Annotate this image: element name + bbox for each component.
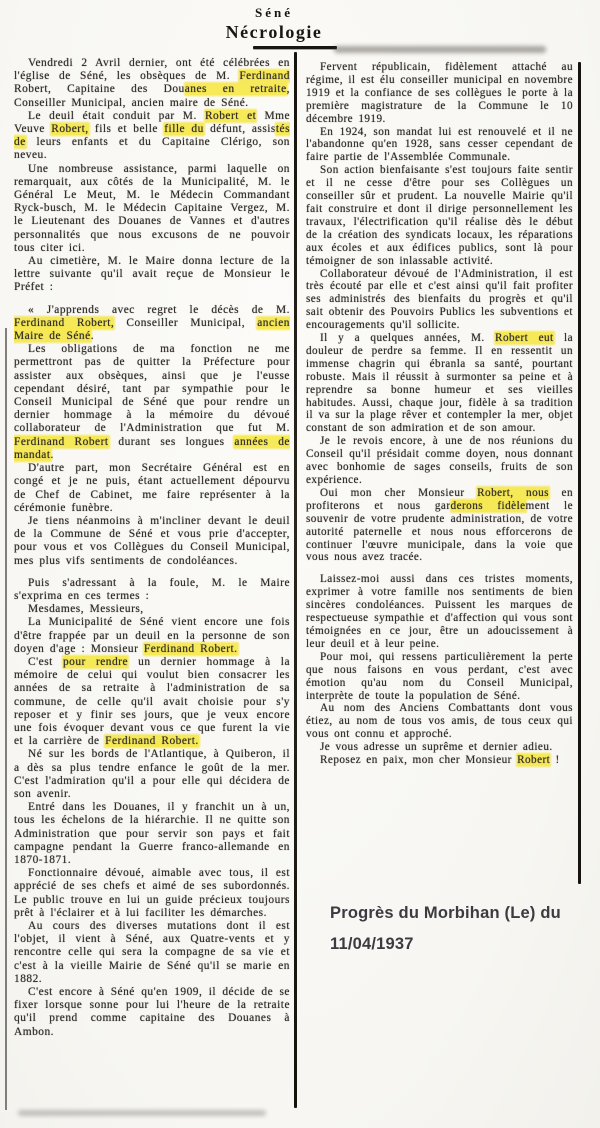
- paragraph: Né sur les bords de l'Atlantique, à Quib…: [14, 748, 290, 801]
- paragraph: Entré dans les Douanes, il y franchit un…: [14, 801, 290, 867]
- paragraph: D'autre part, mon Secrétaire Général est…: [14, 462, 290, 515]
- paragraph: Pour moi, qui ressens particulièrement l…: [306, 651, 573, 703]
- paragraph: Puis s'adressant à la foule, M. le Maire…: [14, 577, 290, 603]
- right-edge-rule: [578, 62, 581, 884]
- paragraph: Mesdames, Messieurs,: [14, 603, 290, 616]
- paragraph: « J'apprends avec regret le décès de M. …: [14, 304, 290, 344]
- paragraph: Je vous adresse un suprême et dernier ad…: [306, 741, 573, 754]
- paragraph: Fonctionnaire dévoué, aimable avec tous,…: [14, 867, 290, 920]
- source-caption: Progrès du Morbihan (Le) du 11/04/1937: [330, 898, 580, 960]
- highlight: Ferdinand: [239, 70, 290, 82]
- highlight: Ferdinand Robert,: [14, 317, 114, 329]
- paragraph: Vendredi 2 Avril dernier, ont été célébr…: [14, 57, 290, 110]
- paragraph: Je tiens néanmoins à m'incliner devant l…: [14, 515, 290, 568]
- paragraph: Une nombreuse assistance, parmi laquelle…: [14, 163, 290, 255]
- column-divider-rule: [294, 52, 297, 1108]
- highlight: Ferdinand Robert.: [105, 735, 199, 747]
- article-column-left: Vendredi 2 Avril dernier, ont été célébr…: [14, 57, 290, 1113]
- highlight: Robert: [517, 754, 550, 766]
- paragraph: Oui mon cher Monsieur Robert, nous en pr…: [306, 487, 573, 564]
- source-caption-line2: 11/04/1937: [330, 929, 580, 960]
- paragraph: Au nom des Anciens Combattants dont vous…: [306, 702, 573, 741]
- article-heading: Nécrologie: [0, 22, 548, 43]
- highlight: Ferdinand Robert: [14, 436, 109, 448]
- source-caption-line1: Progrès du Morbihan (Le) du: [330, 898, 580, 929]
- paragraph: C'est encore à Séné qu'en 1909, il décid…: [14, 986, 290, 1039]
- highlight: anes en retraite: [185, 83, 287, 95]
- title-divider-rule: [253, 46, 337, 49]
- paragraph: En 1924, son mandat lui est renouvelé et…: [306, 126, 573, 165]
- paragraph: Il y a quelques années, M. Robert eut la…: [306, 332, 573, 435]
- highlight: pour rendre: [63, 656, 128, 668]
- article-column-right: Fervent républicain, fidèlement attaché …: [306, 61, 573, 887]
- highlight: Ferdinand Robert.: [144, 643, 238, 655]
- paragraph: C'est pour rendre un dernier hommage à l…: [14, 656, 290, 748]
- article-kicker: Séné: [0, 5, 548, 21]
- paragraph: Collaborateur dévoué de l'Administration…: [306, 268, 573, 333]
- highlight: Robert et: [205, 110, 256, 122]
- scan-smudge-top: [334, 46, 546, 53]
- article-title: Séné Nécrologie: [0, 5, 548, 43]
- paragraph: Reposez en paix, mon cher Monsieur Rober…: [306, 754, 573, 767]
- highlight: Robert, nous: [477, 487, 549, 499]
- left-edge-rule: [5, 328, 7, 1110]
- highlight: Robert eut: [495, 332, 554, 344]
- paragraph: Son action bienfaisante s'est toujours f…: [306, 164, 573, 267]
- highlight: Robert,: [51, 123, 88, 135]
- paragraph: Le deuil était conduit par M. Robert et …: [14, 110, 290, 163]
- paragraph: Je le revois encore, à une de nos réunio…: [306, 435, 573, 487]
- highlight: fille du: [164, 123, 204, 135]
- scan-smudge-bottom: [18, 1110, 266, 1116]
- paragraph: Les obligations de ma fonction ne me per…: [14, 343, 290, 462]
- highlight: derons fidèle: [451, 500, 526, 512]
- paragraph: Laissez-moi aussi dans ces tristes momen…: [306, 573, 573, 650]
- paragraph: Au cours des diverses mutations dont il …: [14, 920, 290, 986]
- paragraph: Fervent républicain, fidèlement attaché …: [306, 61, 573, 126]
- paragraph: Au cimetière, M. le Maire donna lecture …: [14, 255, 290, 295]
- paragraph: La Municipalité de Séné vient encore une…: [14, 616, 290, 656]
